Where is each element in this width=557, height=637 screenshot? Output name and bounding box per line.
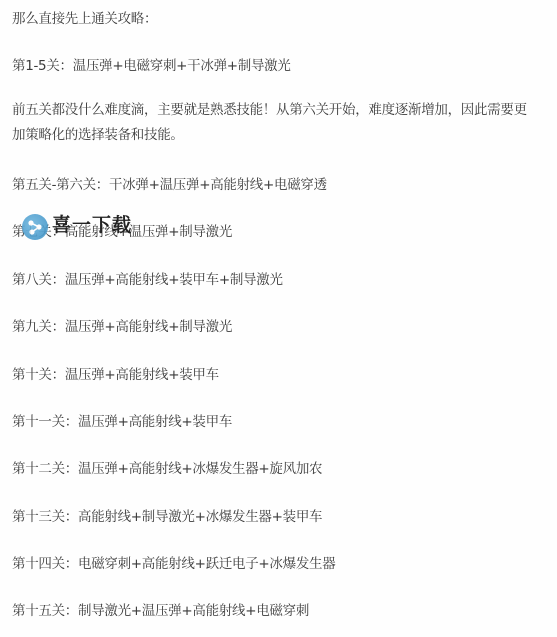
- level-row-10: 第十关：温压弹+高能射线+装甲车: [12, 365, 219, 385]
- level-label: 第十四关：: [12, 556, 78, 572]
- level-items: 温压弹+高能射线+装甲车+制导激光: [65, 272, 283, 288]
- level-items: 温压弹+电磁穿刺+干冰弹+制导激光: [73, 58, 291, 74]
- level-row-1-5: 第1-5关：温压弹+电磁穿刺+干冰弹+制导激光: [12, 56, 291, 76]
- level-items: 制导激光+温压弹+高能射线+电磁穿刺: [78, 603, 309, 619]
- level-row-14: 第十四关：电磁穿刺+高能射线+跃迁电子+冰爆发生器: [12, 554, 335, 574]
- watermark: 喜一下载: [22, 214, 132, 240]
- level-items: 干冰弹+温压弹+高能射线+电磁穿透: [109, 177, 327, 193]
- level-items: 温压弹+高能射线+装甲车: [78, 414, 232, 430]
- level-label: 第五关-第六关：: [12, 177, 109, 193]
- level-row-11: 第十一关：温压弹+高能射线+装甲车: [12, 412, 232, 432]
- level-row-9: 第九关：温压弹+高能射线+制导激光: [12, 317, 232, 337]
- level-items: 温压弹+高能射线+装甲车: [65, 367, 219, 383]
- intro-text: 那么直接先上通关攻略：: [12, 9, 157, 29]
- watermark-text: 喜一下载: [52, 210, 132, 237]
- level-label: 第十关：: [12, 367, 65, 383]
- level-items: 高能射线+制导激光+冰爆发生器+装甲车: [78, 509, 322, 525]
- level-row-5-6: 第五关-第六关：干冰弹+温压弹+高能射线+电磁穿透: [12, 175, 327, 195]
- level-label: 第九关：: [12, 319, 65, 335]
- level-label: 第十二关：: [12, 461, 78, 477]
- article-body: 那么直接先上通关攻略： 第1-5关：温压弹+电磁穿刺+干冰弹+制导激光 前五关都…: [0, 0, 557, 637]
- level-label: 第1-5关：: [12, 58, 73, 74]
- level-row-8: 第八关：温压弹+高能射线+装甲车+制导激光: [12, 270, 283, 290]
- level-label: 第八关：: [12, 272, 65, 288]
- level-label: 第十一关：: [12, 414, 78, 430]
- level-row-13: 第十三关：高能射线+制导激光+冰爆发生器+装甲车: [12, 507, 322, 527]
- level-label: 第十三关：: [12, 509, 78, 525]
- level-row-12: 第十二关：温压弹+高能射线+冰爆发生器+旋风加农: [12, 459, 322, 479]
- level-items: 电磁穿刺+高能射线+跃迁电子+冰爆发生器: [78, 556, 335, 572]
- level-items: 温压弹+高能射线+冰爆发生器+旋风加农: [78, 461, 322, 477]
- level-label: 第十五关：: [12, 603, 78, 619]
- level-row-15: 第十五关：制导激光+温压弹+高能射线+电磁穿刺: [12, 601, 309, 621]
- share-logo-icon: [22, 214, 48, 240]
- note-paragraph: 前五关都没什么难度滴，主要就是熟悉技能！从第六关开始，难度逐渐增加，因此需要更加…: [12, 98, 532, 148]
- level-items: 温压弹+高能射线+制导激光: [65, 319, 232, 335]
